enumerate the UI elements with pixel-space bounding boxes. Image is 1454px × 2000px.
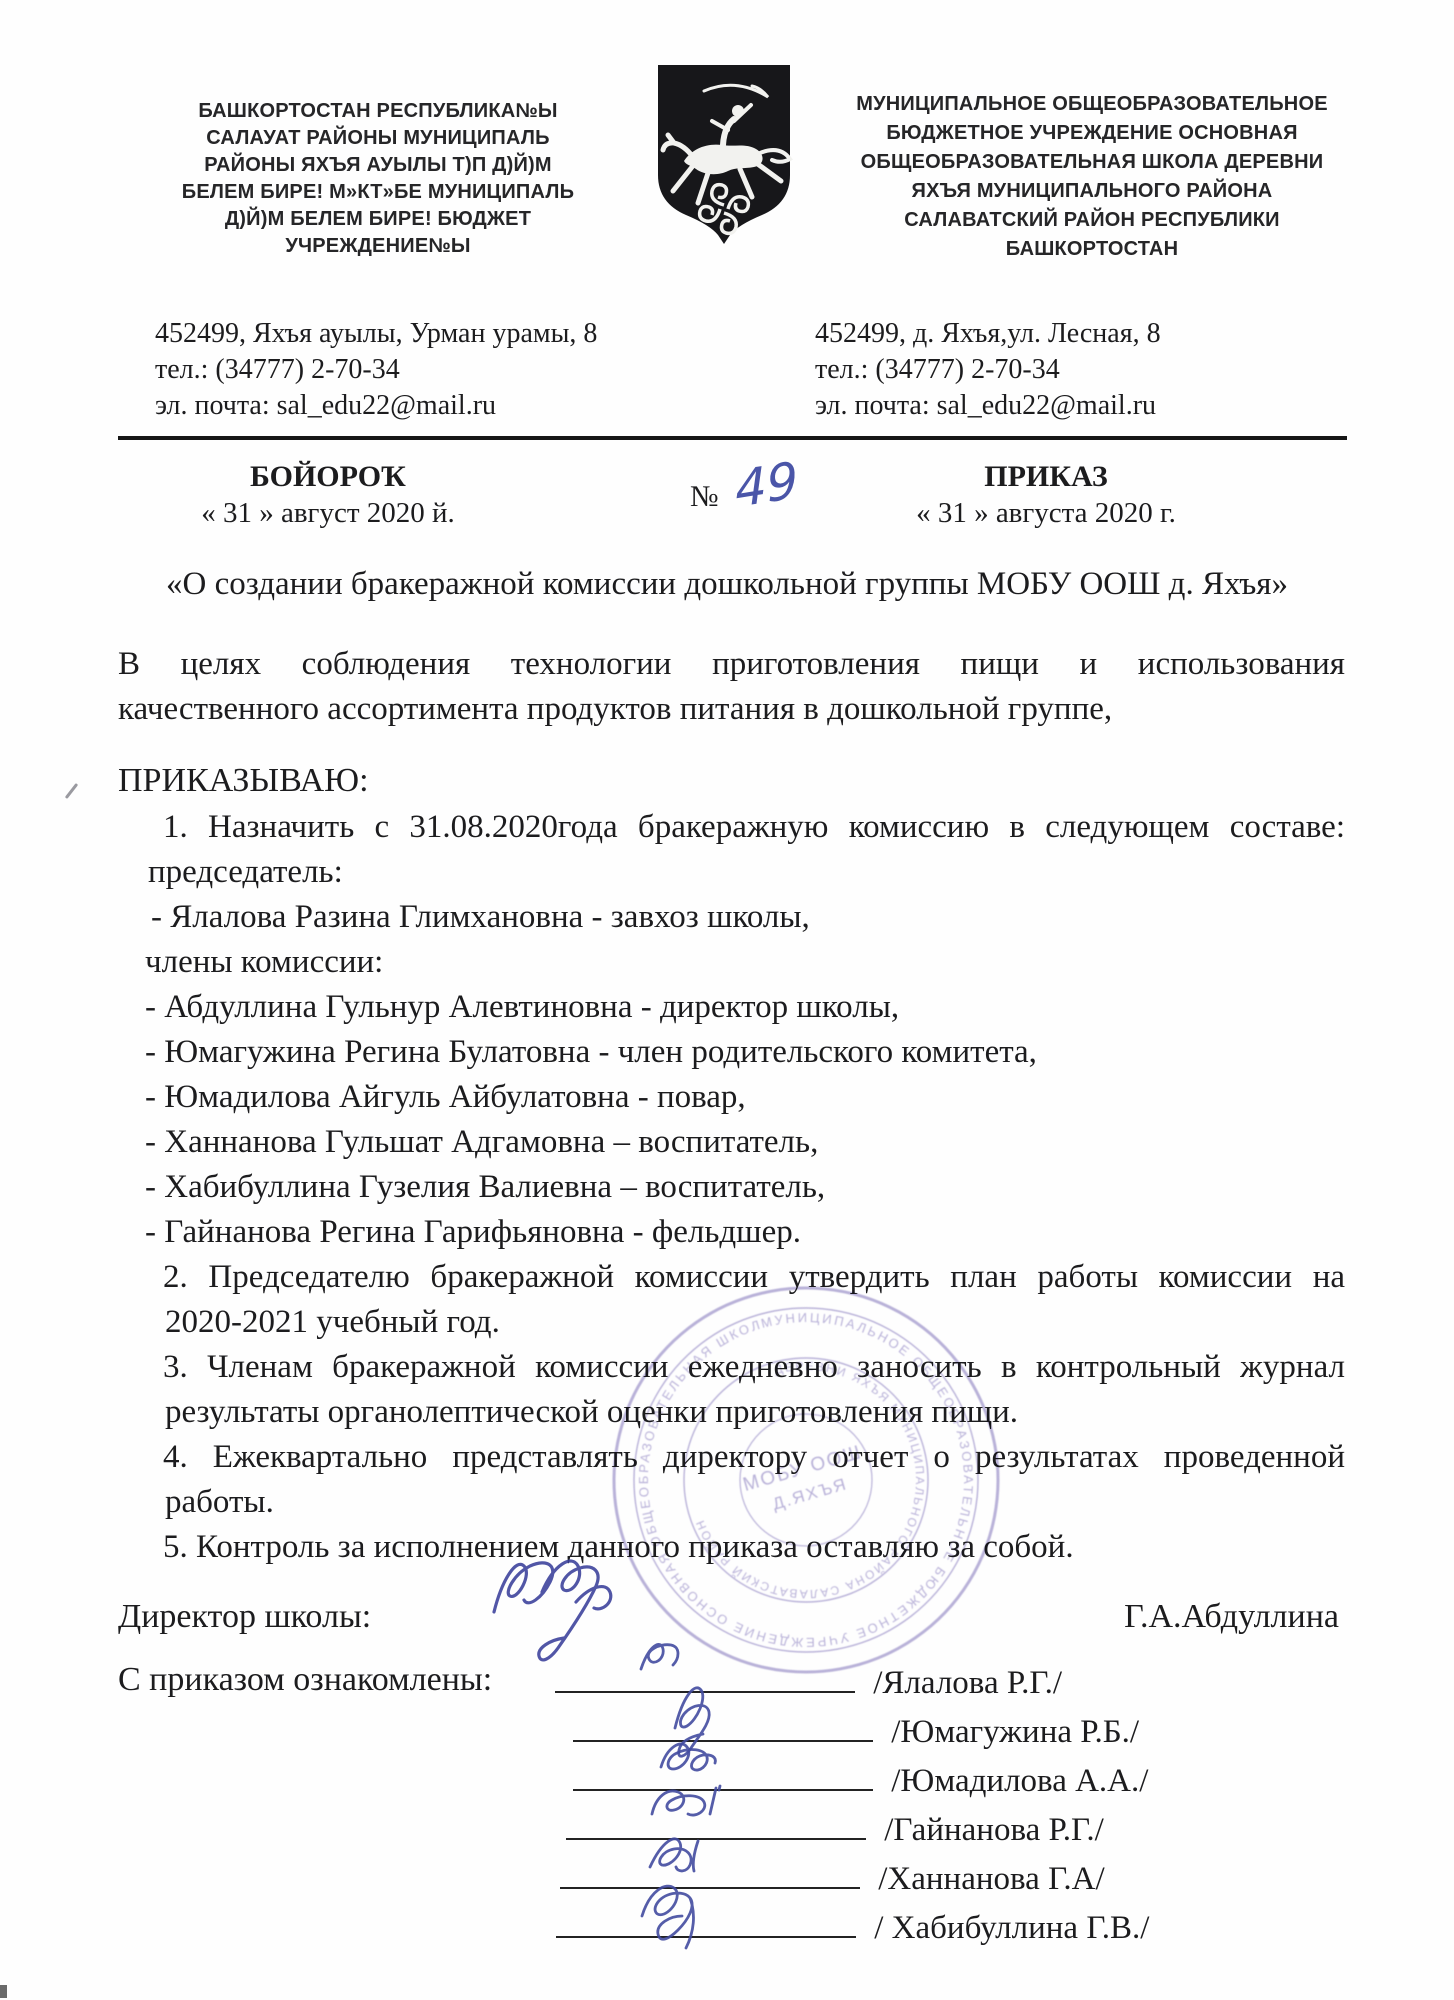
org-line: ЯХЪЯ МУНИЦИПАЛЬНОГО РАЙОНА	[830, 177, 1354, 206]
salavat-horseman-icon	[648, 57, 800, 249]
order-title-bashkir: БОЙОРОҠ	[118, 460, 538, 494]
item-2-continuation: 2020-2021 учебный год.	[118, 1300, 1345, 1345]
member-line: - Ханнанова Гульшат Адгамовна – воспитат…	[118, 1120, 1345, 1165]
resolution-word: ПРИКАЗЫВАЮ:	[118, 758, 1345, 803]
item-3-continuation: результаты органолептической оценки приг…	[118, 1390, 1345, 1435]
coat-of-arms-emblem	[648, 57, 800, 254]
order-date-russian: « 31 » августа 2020 г.	[858, 496, 1234, 530]
org-line: Д)Й)М БЕЛЕМ БИРЕ! БЮДЖЕТ	[138, 206, 618, 233]
org-line: ОБЩЕОБРАЗОВАТЕЛЬНАЯ ШКОЛА ДЕРЕВНИ	[830, 148, 1354, 177]
order-number-label: №	[690, 480, 719, 513]
letterhead: БАШКОРТОСТАН РЕСПУБЛИКА№Ы САЛАУАТ РАЙОНЫ…	[0, 0, 1454, 264]
chair-label: председатель:	[118, 850, 1345, 895]
org-line: РАЙОНЫ ЯХЪЯ АУЫЛЫ Т)П Д)Й)М	[138, 152, 618, 179]
org-name-bashkir: БАШКОРТОСТАН РЕСПУБЛИКА№Ы САЛАУАТ РАЙОНЫ…	[138, 98, 618, 260]
item-3: 3. Членам бракеражной комиссии ежедневно…	[118, 1345, 1345, 1390]
member-line: - Юмагужина Регина Булатовна - член роди…	[118, 1030, 1345, 1075]
order-number-handwritten: 49	[733, 451, 799, 519]
phone-line: тел.: (34777) 2-70-34	[155, 352, 655, 388]
document-title: «О создании бракеражной комиссии дошколь…	[118, 564, 1336, 604]
order-title-russian: ПРИКАЗ	[858, 460, 1234, 494]
document-page: БАШКОРТОСТАН РЕСПУБЛИКА№Ы САЛАУАТ РАЙОНЫ…	[0, 0, 1454, 2000]
member-line: - Гайнанова Регина Гарифьяновна - фельдш…	[118, 1210, 1345, 1255]
contact-block-left: 452499, Яхъя ауылы, Урман урамы, 8 тел.:…	[155, 316, 655, 424]
org-line: БАШКОРТОСТАН РЕСПУБЛИКА№Ы	[138, 98, 618, 125]
order-heading-row: БОЙОРОҠ « 31 » август 2020 й. №49 ПРИКАЗ…	[0, 440, 1454, 530]
member-line: - Юмадилова Айгуль Айбулатовна - повар,	[118, 1075, 1345, 1120]
ack-name: / Хабибуллина Г.В./	[874, 1910, 1149, 1946]
ack-name: /Ханнанова Г.А/	[878, 1861, 1104, 1897]
director-label: Директор школы:	[118, 1594, 371, 1639]
scan-edge-artifact	[0, 1985, 7, 1998]
org-line: САЛАУАТ РАЙОНЫ МУНИЦИПАЛЬ	[138, 125, 618, 152]
item-2: 2. Председателю бракеражной комиссии утв…	[118, 1255, 1345, 1300]
acknowledgement-block: С приказом ознакомлены: /Ялалова Р.Г./ /…	[118, 1655, 1454, 1949]
preamble-line: качественного ассортимента продуктов пит…	[118, 687, 1345, 732]
stray-pen-mark	[65, 783, 78, 799]
email-line: эл. почта: sal_edu22@mail.ru	[155, 388, 655, 424]
org-line: БЮДЖЕТНОЕ УЧРЕЖДЕНИЕ ОСНОВНАЯ	[830, 119, 1354, 148]
members-label: члены комиссии:	[118, 940, 1345, 985]
phone-line: тел.: (34777) 2-70-34	[815, 352, 1345, 388]
order-heading-russian: ПРИКАЗ « 31 » августа 2020 г.	[858, 460, 1344, 530]
order-date-bashkir: « 31 » август 2020 й.	[118, 496, 538, 530]
order-heading-bashkir: БОЙОРОҠ « 31 » август 2020 й.	[118, 460, 538, 530]
signature-line	[556, 1900, 856, 1938]
contacts-row: 452499, Яхъя ауылы, Урман урамы, 8 тел.:…	[0, 316, 1454, 424]
org-line: САЛАВАТСКИЙ РАЙОН РЕСПУБЛИКИ	[830, 206, 1354, 235]
ack-name: /Ялалова Р.Г./	[873, 1665, 1062, 1701]
org-name-russian: МУНИЦИПАЛЬНОЕ ОБЩЕОБРАЗОВАТЕЛЬНОЕ БЮДЖЕТ…	[830, 90, 1354, 264]
org-line: УЧРЕЖДЕНИЕ№Ы	[138, 233, 618, 260]
ack-name: /Юмагужина Р.Б./	[891, 1714, 1139, 1750]
order-items: 1. Назначить с 31.08.2020года бракеражну…	[118, 805, 1345, 1570]
preamble: В целях соблюдения технологии приготовле…	[118, 642, 1345, 732]
item-4-continuation: работы.	[118, 1480, 1345, 1525]
contact-block-right: 452499, д. Яхъя,ул. Лесная, 8 тел.: (347…	[815, 316, 1345, 424]
email-line: эл. почта: sal_edu22@mail.ru	[815, 388, 1345, 424]
org-line: БЕЛЕМ БИРЕ! М»КТ»БЕ МУНИЦИПАЛЬ	[138, 179, 618, 206]
org-line: БАШКОРТОСТАН	[830, 235, 1354, 264]
ack-row: / Хабибуллина Г.В./	[556, 1900, 1454, 1949]
ack-name: /Гайнанова Р.Г./	[884, 1812, 1104, 1848]
order-number: №49	[538, 460, 858, 518]
item-5: 5. Контроль за исполнением данного прика…	[118, 1525, 1345, 1570]
director-signoff: Директор школы: Г.А.Абдуллина	[118, 1594, 1339, 1639]
address-line: 452499, д. Яхъя,ул. Лесная, 8	[815, 316, 1345, 352]
ack-name: /Юмадилова А.А./	[891, 1763, 1148, 1799]
ack-label: С приказом ознакомлены:	[118, 1661, 492, 1699]
chair-name: - Ялалова Разина Глимхановна - завхоз шк…	[118, 895, 1345, 940]
item-1: 1. Назначить с 31.08.2020года бракеражну…	[118, 805, 1345, 850]
ack-signature	[636, 1874, 746, 1966]
director-name: Г.А.Абдуллина	[1124, 1594, 1339, 1639]
member-line: - Абдуллина Гульнур Алевтиновна - директ…	[118, 985, 1345, 1030]
address-line: 452499, Яхъя ауылы, Урман урамы, 8	[155, 316, 655, 352]
org-line: МУНИЦИПАЛЬНОЕ ОБЩЕОБРАЗОВАТЕЛЬНОЕ	[830, 90, 1354, 119]
item-4: 4. Ежеквартально представлять директору …	[118, 1435, 1345, 1480]
member-line: - Хабибуллина Гузелия Валиевна – воспита…	[118, 1165, 1345, 1210]
preamble-line: В целях соблюдения технологии приготовле…	[118, 642, 1345, 687]
